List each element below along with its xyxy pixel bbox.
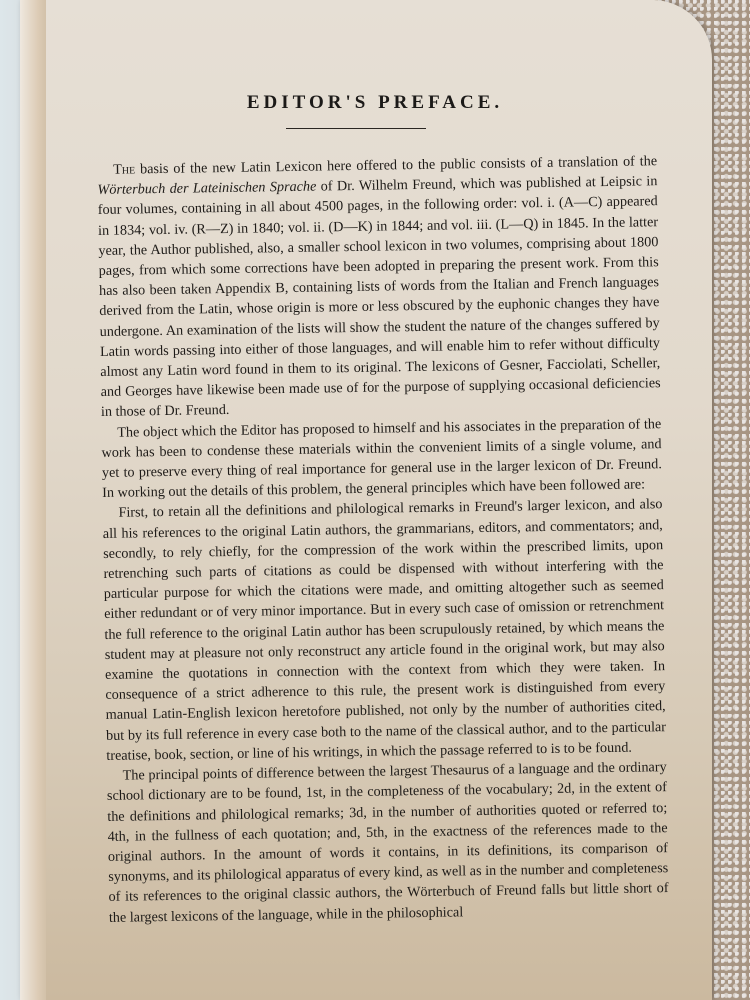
- paragraph-4: The principal points of difference betwe…: [107, 757, 669, 927]
- book-title-italic: Wörterbuch der Lateinischen Sprache: [97, 179, 316, 198]
- paragraph-lead: The: [113, 161, 135, 177]
- title-rule-divider: [286, 128, 426, 129]
- page-title: EDITOR'S PREFACE.: [0, 92, 750, 114]
- paragraph-2: The object which the Editor has proposed…: [101, 414, 662, 504]
- preface-body: The basis of the new Latin Lexicon here …: [97, 151, 669, 927]
- paragraph-1: The basis of the new Latin Lexicon here …: [97, 151, 661, 422]
- paragraph-text: of Dr. Wilhelm Freund, which was publish…: [98, 173, 661, 420]
- page-binding-edge: [20, 0, 46, 1000]
- paragraph-3: First, to retain all the definitions and…: [102, 495, 666, 766]
